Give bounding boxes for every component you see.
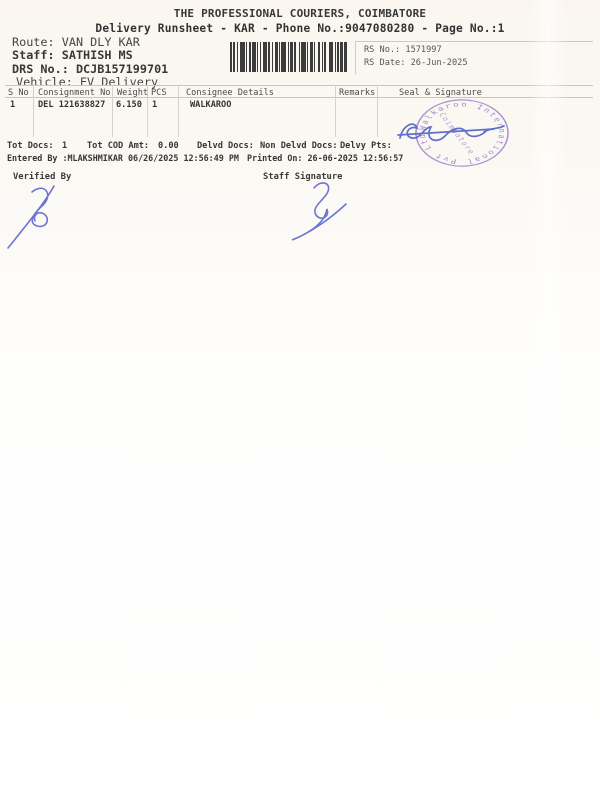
rs-info-box: RS No.: 1571997 RS Date: 26-Jun-2025	[355, 41, 593, 74]
delvy-pts-label: Delvy Pts:	[340, 141, 392, 151]
table-top-border	[5, 85, 593, 86]
col-header-sno: S No	[8, 88, 29, 98]
drs-value: DCJB157199701	[76, 62, 168, 76]
tot-docs-label: Tot Docs:	[7, 141, 54, 151]
route-label: Route:	[12, 35, 55, 49]
route-line: Route: VAN DLY KAR	[12, 36, 168, 49]
col-header-pcs: PCS	[151, 88, 167, 98]
table-col-divider	[33, 85, 34, 137]
rs-no-label: RS No.:	[364, 45, 400, 55]
staff-label: Staff:	[12, 48, 55, 62]
verified-by-signature	[2, 180, 66, 252]
tot-docs-value: 1	[62, 141, 67, 151]
printed-on-text: Printed On: 26-06-2025 12:56:57	[247, 153, 403, 163]
rs-no-line: RS No.: 1571997	[364, 44, 593, 57]
entered-by-text: Entered By :MLAKSHMIKAR 06/26/2025 12:56…	[7, 153, 239, 163]
drs-line: DRS No.: DCJB157199701	[12, 63, 168, 76]
route-value: VAN DLY KAR	[62, 35, 140, 49]
runsheet-subtitle: Delivery Runsheet - KAR - Phone No.:9047…	[0, 22, 600, 35]
col-header-consignee: Consignee Details	[186, 88, 274, 98]
col-header-weight: Weight	[117, 88, 148, 98]
seal-signature-scrawl	[396, 110, 512, 152]
staff-line: Staff: SATHISH MS	[12, 49, 168, 62]
company-title: THE PROFESSIONAL COURIERS, COIMBATORE	[0, 7, 600, 20]
table-col-divider	[112, 85, 113, 137]
rs-no-value: 1571997	[405, 45, 441, 55]
rs-date-label: RS Date:	[364, 58, 405, 68]
tot-cod-value: 0.00	[158, 141, 179, 151]
shipment-info-block: Route: VAN DLY KAR Staff: SATHISH MS DRS…	[12, 36, 168, 90]
staff-signature	[280, 178, 352, 244]
col-header-consignment: Consignment No	[38, 88, 110, 98]
row-weight: 6.150	[116, 100, 142, 110]
rs-date-line: RS Date: 26-Jun-2025	[364, 57, 593, 70]
row-consignee: WALKAROO	[190, 100, 231, 110]
delivery-runsheet-page: THE PROFESSIONAL COURIERS, COIMBATORE De…	[0, 0, 600, 800]
drs-label: DRS No.:	[12, 62, 69, 76]
row-sno: 1	[10, 100, 15, 110]
table-col-divider	[335, 85, 336, 137]
row-pcs: 1	[152, 100, 157, 110]
scan-artifact-band	[528, 0, 568, 800]
staff-value: SATHISH MS	[62, 48, 133, 62]
non-delvd-docs-label: Non Delvd Docs:	[260, 141, 338, 151]
tot-cod-label: Tot COD Amt:	[87, 141, 149, 151]
table-col-divider	[377, 85, 378, 137]
rs-date-value: 26-Jun-2025	[411, 58, 468, 68]
row-consignment: DEL 121638827	[38, 100, 105, 110]
delvd-docs-label: Delvd Docs:	[197, 141, 254, 151]
col-header-remarks: Remarks	[339, 88, 375, 98]
runsheet-barcode	[230, 42, 348, 72]
table-col-divider	[178, 85, 179, 137]
